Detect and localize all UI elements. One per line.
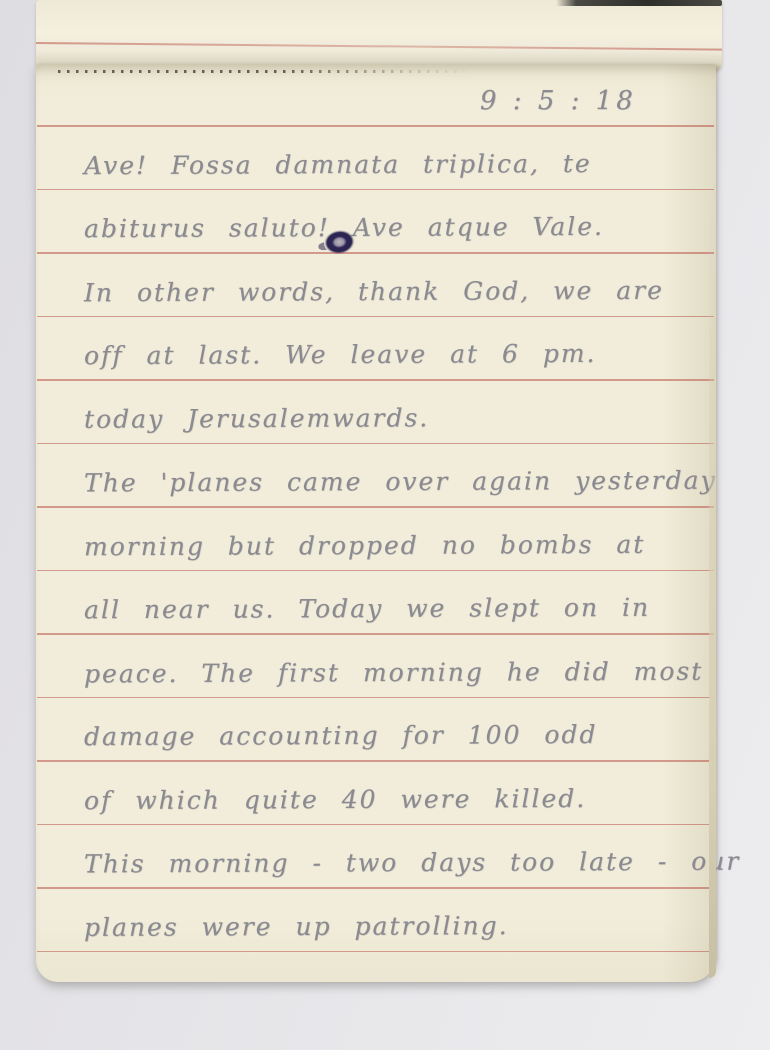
handwriting-line: This morning - two days too late - our (84, 839, 741, 888)
fold-ruled-line (36, 42, 722, 50)
ruled-line (37, 887, 714, 889)
handwriting-line: all near us. Today we slept on in (84, 585, 650, 633)
handwriting-line: The 'planes came over again yesterday (84, 458, 717, 507)
handwriting-line: In other words, thank God, we are (84, 267, 664, 316)
handwriting-line: morning but dropped no bombs at (84, 521, 646, 569)
handwriting-line: today Jerusalemwards. (84, 395, 429, 443)
notebook-page: 9 : 5 : 18 Ave! Fossa damnata triplica, … (36, 64, 716, 982)
date-heading: 9 : 5 : 18 (480, 80, 637, 122)
photo-background: 9 : 5 : 18 Ave! Fossa damnata triplica, … (0, 0, 770, 1050)
ruled-line (37, 951, 714, 953)
handwriting-line: of which quite 40 were killed. (84, 775, 586, 823)
perforation-dots (58, 70, 474, 73)
ruled-line (37, 252, 714, 254)
ruled-line (37, 506, 714, 508)
handwriting-line: peace. The first morning he did most (84, 648, 703, 697)
notepad-binding-edge (556, 0, 722, 6)
folded-previous-page (36, 0, 722, 72)
ruled-line (37, 760, 714, 762)
ruled-line (37, 379, 714, 381)
handwriting-line: Ave! Fossa damnata triplica, te (84, 140, 592, 188)
handwriting-line: off at last. We leave at 6 pm. (84, 331, 597, 379)
handwriting-line: planes were up patrolling. (84, 903, 509, 951)
ruled-line (37, 633, 714, 635)
ruled-line (37, 443, 714, 445)
ruled-line (37, 125, 714, 127)
page-stack-edge (709, 184, 716, 978)
handwriting-line: damage accounting for 100 odd (84, 712, 598, 760)
notepad-sheet: 9 : 5 : 18 Ave! Fossa damnata triplica, … (36, 0, 722, 990)
